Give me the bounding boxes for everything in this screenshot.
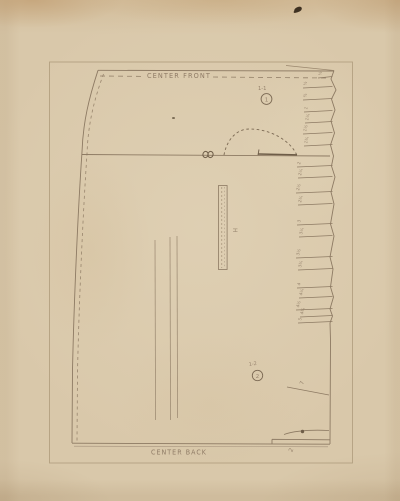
piece-mark-top-number: 1 <box>265 97 269 103</box>
measurement-tick <box>298 177 333 179</box>
measurement-tick-label: 1 <box>303 106 309 110</box>
center-back-label: CENTER BACK <box>151 449 207 457</box>
pattern-drawing-svg: ¼½¾11¼1½1¾22¼2½2¾33¼3½3¾44¼4½4¾5 CENTER … <box>0 0 400 501</box>
measurement-tick <box>297 224 333 226</box>
measurement-tick-label: 2¼ <box>297 168 304 176</box>
measurement-tick-label: 3½ <box>295 248 302 256</box>
pleat-line <box>170 237 171 420</box>
piece-mark-top-label: 1-1 <box>258 86 266 92</box>
measurement-tick <box>300 316 333 318</box>
piece-mark-bottom-number: 2 <box>256 374 259 380</box>
notch-circle-icon <box>207 151 213 158</box>
center-front-label: CENTER FRONT <box>147 72 211 80</box>
top-edge-seam-line <box>286 66 334 71</box>
measurement-tick <box>298 269 333 271</box>
measurement-tick-label: ¼ <box>317 71 323 76</box>
hem-curve-line <box>284 430 329 434</box>
center-front-dashed-line <box>213 77 327 78</box>
measurement-tick <box>298 204 333 206</box>
measurement-tick <box>299 297 333 299</box>
pleat-line <box>155 240 156 420</box>
measurement-ticks-group: ¼½¾11¼1½1¾22¼2½2¾33¼3½3¾44¼4½4¾5 <box>295 71 332 323</box>
measurement-tick-label: 3 <box>296 219 302 223</box>
measurement-tick <box>298 322 333 324</box>
diagonal-label: 7 <box>299 380 306 385</box>
measurement-tick-label: 1½ <box>302 124 309 132</box>
arc-baseline-dark <box>259 154 298 155</box>
measurement-tick <box>303 99 333 101</box>
measurement-tick-label: 4¼ <box>298 288 305 296</box>
measurement-tick <box>303 133 333 135</box>
hem-label: 2 <box>288 447 295 453</box>
measurement-tick <box>299 236 333 238</box>
measurement-tick-label: 2½ <box>295 183 302 191</box>
measurement-tick <box>296 192 333 194</box>
diagonal-guide-line <box>287 387 329 395</box>
scanned-pattern-sheet: ¼½¾11¼1½1¾22¼2½2¾33¼3½3¾44¼4½4¾5 CENTER … <box>0 0 400 501</box>
measurement-tick <box>303 87 333 89</box>
hem-curve-dot <box>301 430 304 433</box>
hem-band <box>272 439 330 444</box>
measurement-tick-label: 3¾ <box>297 260 304 268</box>
placket-label: H <box>231 228 238 233</box>
measurement-tick-label: 4½ <box>295 300 302 308</box>
mat-border <box>50 62 353 463</box>
measurement-tick <box>296 257 333 259</box>
pattern-bottom-edge <box>72 443 330 444</box>
pleat-lines-group <box>155 236 178 420</box>
measurement-tick <box>297 166 333 168</box>
measurement-tick <box>304 111 333 113</box>
pleat-line <box>177 236 178 418</box>
left-edge-dashed-seam <box>77 74 104 441</box>
dashed-pocket-arc <box>224 129 297 156</box>
pattern-left-edge <box>72 70 98 443</box>
measurement-tick-label: ¾ <box>302 93 308 98</box>
measurement-tick-label: 1¼ <box>304 113 311 121</box>
measurement-tick-label: 4 <box>296 282 302 286</box>
measurement-tick-label: 5 <box>297 317 303 321</box>
measurement-tick-label: 2¾ <box>297 195 304 203</box>
measurement-tick-label: 4¾ <box>299 307 306 315</box>
piece-mark-bottom-label: 1-2 <box>248 361 257 368</box>
bottom-edge-double-line <box>74 446 328 447</box>
measurement-tick <box>305 122 333 124</box>
placket-band <box>219 186 228 270</box>
measurement-tick-label: 2 <box>296 161 302 165</box>
pattern-top-edge <box>98 70 334 71</box>
measurement-tick-label: ½ <box>302 81 308 86</box>
measurement-tick <box>304 145 333 147</box>
measurement-tick <box>297 287 333 289</box>
measurement-tick-label: 3¼ <box>298 227 305 235</box>
measurement-tick-label: 1¾ <box>303 136 310 144</box>
ragged-right-edge <box>330 71 336 445</box>
